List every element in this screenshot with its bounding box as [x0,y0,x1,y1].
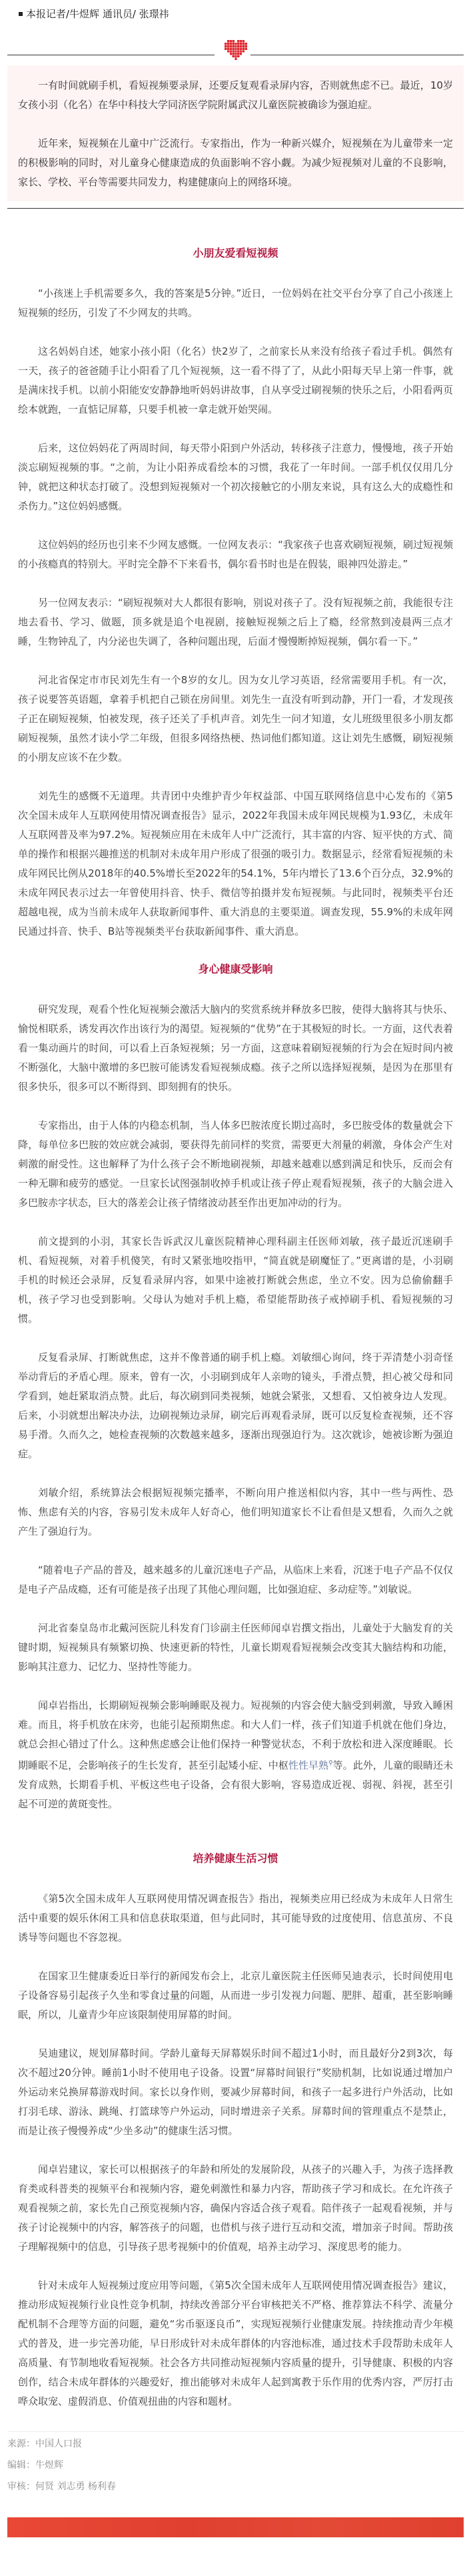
section-body: 研究发现，观看个性化短视频会激活大脑内的奖赏系统并释放多巴胺，使得大脑将其与快乐… [7,1000,464,1814]
paragraph: 研究发现，观看个性化短视频会激活大脑内的奖赏系统并释放多巴胺，使得大脑将其与快乐… [18,1000,453,1097]
paragraph: 反复看录屏、打断就焦虑，这并不像普通的刷手机上瘾。刘敏细心询问，终于弄清楚小羽奇… [18,1348,453,1464]
intro-box: 一有时间就刷手机，看短视频要录屏，还要反复观看录屏内容，否则就焦虑不已。最近，1… [7,65,464,201]
keyword-search-link[interactable]: 性性早熟 [288,1759,328,1771]
paragraph: 这位妈妈的经历也引来不少网友感慨。一位网友表示：“我家孩子也喜欢刷短视频，刷过短… [18,535,453,574]
square-bullet-icon [19,12,23,16]
section-body: “小孩迷上手机需要多久，我的答案是5分钟。”近日，一位妈妈在社交平台分享了自己小… [7,284,464,941]
paragraph: 后来，这位妈妈花了两周时间，每天带小阳到户外活动，转移孩子注意力，慢慢地，孩子开… [18,439,453,516]
search-icon[interactable]: ⚲ [328,1760,333,1767]
footer-banner-image[interactable] [7,2517,464,2537]
paragraph: 吴迪建议，规划屏幕时间。学龄儿童每天屏幕娱乐时间不超过1小时，而且最好分2到3次… [18,2044,453,2141]
section-title: 小朋友爱看短视频 [7,245,464,260]
paragraph: 刘先生的感慨不无道理。共青团中央维护青少年权益部、中国互联网络信息中心发布的《第… [18,787,453,941]
pixel-heart-icon [224,40,248,63]
paragraph: 《第5次全国未成年人互联网使用情况调查报告》指出，视频类应用已经成为未成年人日常… [18,1889,453,1947]
intro-divider-bottom [7,208,464,209]
intro-paragraph: 近年来，短视频在儿童中广泛流行。专家指出，作为一种新兴媒介，短视频在为儿童带来一… [18,134,453,192]
editor-line: 编辑：牛煜辉 [7,2459,464,2472]
paragraph: 闻卓岩建议，家长可以根据孩子的年龄和所处的发展阶段，从孩子的兴趣入手，为孩子选择… [18,2160,453,2257]
paragraph: 这名妈妈自述，她家小孩小阳（化名）快2岁了，之前家长从来没有给孩子看过手机。偶然… [18,342,453,419]
byline-text: 本报记者/牛煜辉 通讯员/ 张璟祎 [26,7,169,21]
article-page: 本报记者/牛煜辉 通讯员/ 张璟祎 [0,0,471,2537]
paragraph: 刘敏介绍，系统算法会根据短视频完播率，不断向用户推送相似内容，其中一些与两性、恐… [18,1483,453,1541]
section-title: 身心健康受影响 [7,961,464,976]
footer-divider [7,2431,464,2432]
source-line: 来源：中国人口报 [7,2437,464,2451]
section-body: 《第5次全国未成年人互联网使用情况调查报告》指出，视频类应用已经成为未成年人日常… [7,1889,464,2411]
paragraph: 前文提到的小羽，其家长告诉武汉儿童医院精神心理科副主任医师刘敏，孩子最近沉迷刷手… [18,1232,453,1329]
paragraph-with-link: 闻卓岩指出，长期刷短视频会影响睡眠及视力。短视频的内容会使大脑受到刺激，导致入睡… [18,1696,453,1814]
paragraph: 针对未成年人短视频过度应用等问题，《第5次全国未成年人互联网使用情况调查报告》建… [18,2276,453,2411]
paragraph: 在国家卫生健康委近日举行的新闻发布会上，北京儿童医院主任医师吴迪表示，长时间使用… [18,1967,453,2025]
divider-line-right [250,55,464,55]
article-meta: 来源：中国人口报 编辑：牛煜辉 审核：何贤 刘志勇 杨利春 [7,2437,464,2493]
paragraph: 河北省保定市市民刘先生有一个8岁的女儿。因为女儿学习英语，经常需要用手机。有一次… [18,671,453,767]
reviewers-line: 审核：何贤 刘志勇 杨利春 [7,2480,464,2493]
paragraph: 河北省秦皇岛市北戴河医院儿科发育门诊副主任医师闻卓岩撰文指出，儿童处于大脑发育的… [18,1619,453,1677]
paragraph: 另一位网友表示：“刷短视频对大人都很有影响，别说对孩子了。没有短视频之前，我能很… [18,593,453,651]
divider-line-left [7,55,215,55]
intro-paragraph: 一有时间就刷手机，看短视频要录屏，还要反复观看录屏内容，否则就焦虑不已。最近，1… [18,76,453,115]
paragraph: “小孩迷上手机需要多久，我的答案是5分钟。”近日，一位妈妈在社交平台分享了自己小… [18,284,453,323]
byline: 本报记者/牛煜辉 通讯员/ 张璟祎 [7,0,464,40]
section-title: 培养健康生活习惯 [7,1850,464,1865]
intro-divider-top [7,40,464,65]
paragraph: 专家指出，由于人体的内稳态机制，当人体多巴胺浓度长期过高时，多巴胺受体的数量就会… [18,1116,453,1213]
paragraph: “随着电子产品的普及，越来越多的儿童沉迷电子产品，从临床上来看，沉迷于电子产品不… [18,1561,453,1599]
